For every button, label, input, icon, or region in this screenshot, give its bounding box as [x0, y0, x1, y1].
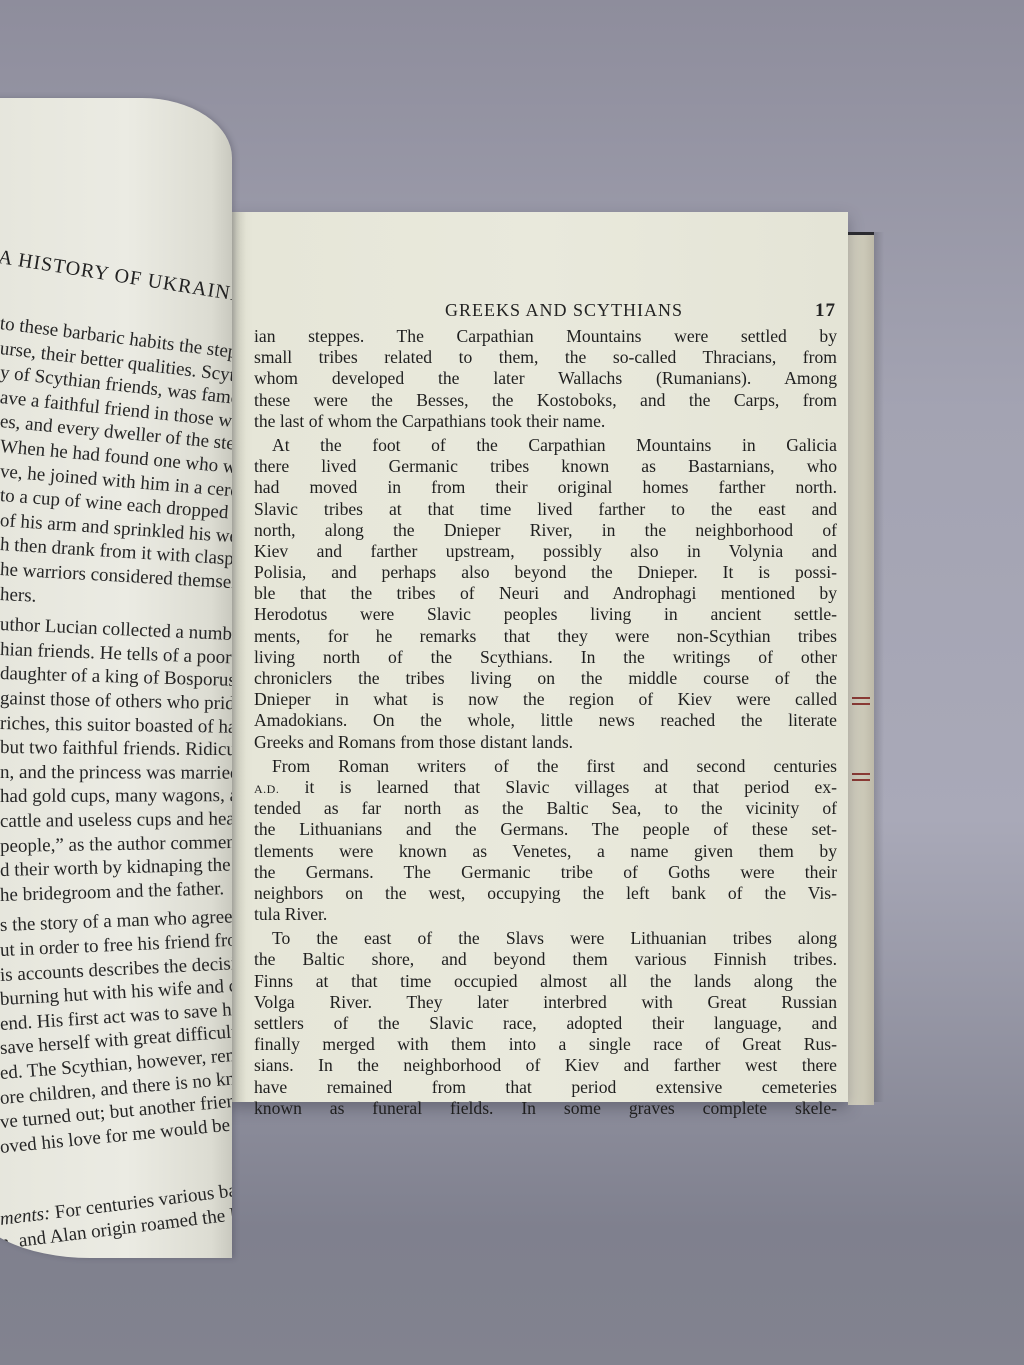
right-page: GREEKS AND SCYTHIANS 17 ian steppes. The… [228, 212, 848, 1102]
cover-red-rule [852, 703, 870, 705]
text-line: neighbors on the west, occupying the lef… [254, 883, 837, 904]
text-line: gainst those of others who prided t [0, 688, 232, 716]
small-caps-abbrev: A.D. [254, 782, 279, 796]
left-page: A HISTORY OF UKRAINE to these barbaric h… [0, 98, 232, 1258]
text-line: whom developed the later Wallachs (Ruman… [254, 368, 837, 389]
text-line: north, along the Dnieper River, in the n… [254, 520, 837, 541]
text-line: chroniclers the tribes living on the mid… [254, 668, 837, 689]
text-line: the Germans. The Germanic tribe of Goths… [254, 862, 837, 883]
cover-red-rule [852, 779, 870, 781]
cover-red-rule [852, 773, 870, 775]
text-line: Greeks and Romans from those distant lan… [254, 732, 837, 753]
text-line: but two faithful friends. Ridicule [0, 737, 232, 761]
text-line: Finns at that time occupied almost all t… [254, 971, 837, 992]
text-line: From Roman writers of the first and seco… [254, 756, 837, 777]
cover-shadow [874, 232, 884, 1102]
text-line: Polisia, and perhaps also beyond the Dni… [254, 562, 837, 583]
book-photo: GREEKS AND SCYTHIANS 17 ian steppes. The… [0, 0, 1024, 1365]
text-line: ments, for he remarks that they were non… [254, 626, 837, 647]
text-line: n, and the princess was married to a [0, 762, 232, 785]
text-line: tlements were known as Venetes, a name g… [254, 841, 837, 862]
text-line: had gold cups, many wagons, and gr [0, 785, 232, 808]
text-line: had moved in from their original homes f… [254, 477, 837, 498]
text-line: these were the Besses, the Kostoboks, an… [254, 390, 837, 411]
text-line: At the foot of the Carpathian Mountains … [254, 435, 837, 456]
running-head: GREEKS AND SCYTHIANS 17 [254, 300, 836, 322]
text-line: he bridegroom and the father. [0, 878, 224, 907]
text-line: Dnieper in what is now the region of Kie… [254, 689, 837, 710]
text-line: A.D. it is learned that Slavic villages … [254, 777, 837, 798]
text-line: ble that the tribes of Neuri and Androph… [254, 583, 837, 604]
text-line: the Baltic shore, and beyond them variou… [254, 949, 837, 970]
text-line: To the east of the Slavs were Lithuanian… [254, 928, 837, 949]
text-line: cattle and useless cups and heavy c [0, 808, 232, 833]
text-line: Herodotus were Slavic peoples living in … [254, 604, 837, 625]
text-line: ian steppes. The Carpathian Mountains we… [254, 326, 837, 347]
text-line: sians. In the neighborhood of Kiev and f… [254, 1055, 837, 1076]
text-line: known as funeral fields. In some graves … [254, 1098, 837, 1119]
text-line: Kiev and farther upstream, possibly also… [254, 541, 837, 562]
text-line: Volga River. They later interbred with G… [254, 992, 837, 1013]
page-number: 17 [815, 300, 836, 322]
left-running-head: A HISTORY OF UKRAINE [0, 246, 232, 308]
text-line: the Lithuanians and the Germans. The peo… [254, 819, 837, 840]
text-line: tula River. [254, 904, 837, 925]
text-line: there lived Germanic tribes known as Bas… [254, 456, 837, 477]
text-line: hers. [0, 584, 37, 608]
cover-red-rule [852, 697, 870, 699]
text-line: finally merged with them into a single r… [254, 1034, 837, 1055]
page-body-text: ian steppes. The Carpathian Mountains we… [254, 326, 837, 1119]
text-line: settlers of the Slavic race, adopted the… [254, 1013, 837, 1034]
text-line: living north of the Scythians. In the wr… [254, 647, 837, 668]
text-line: small tribes related to them, the so-cal… [254, 347, 837, 368]
text-line: d their worth by kidnaping the prin [0, 854, 232, 882]
text-line: have remained from that period extensive… [254, 1077, 837, 1098]
text-line: riches, this suitor boasted of having [0, 713, 232, 739]
text-line: tended as far north as the Baltic Sea, t… [254, 798, 837, 819]
text-line: the last of whom the Carpathians took th… [254, 411, 837, 432]
running-title: GREEKS AND SCYTHIANS [445, 300, 683, 321]
text-line: people,” as the author comments. I [0, 831, 232, 858]
text-line: Amadokians. On the whole, little news re… [254, 710, 837, 731]
text-line: Slavic tribes at that time lived farther… [254, 499, 837, 520]
book-cover-edge [848, 232, 874, 1105]
